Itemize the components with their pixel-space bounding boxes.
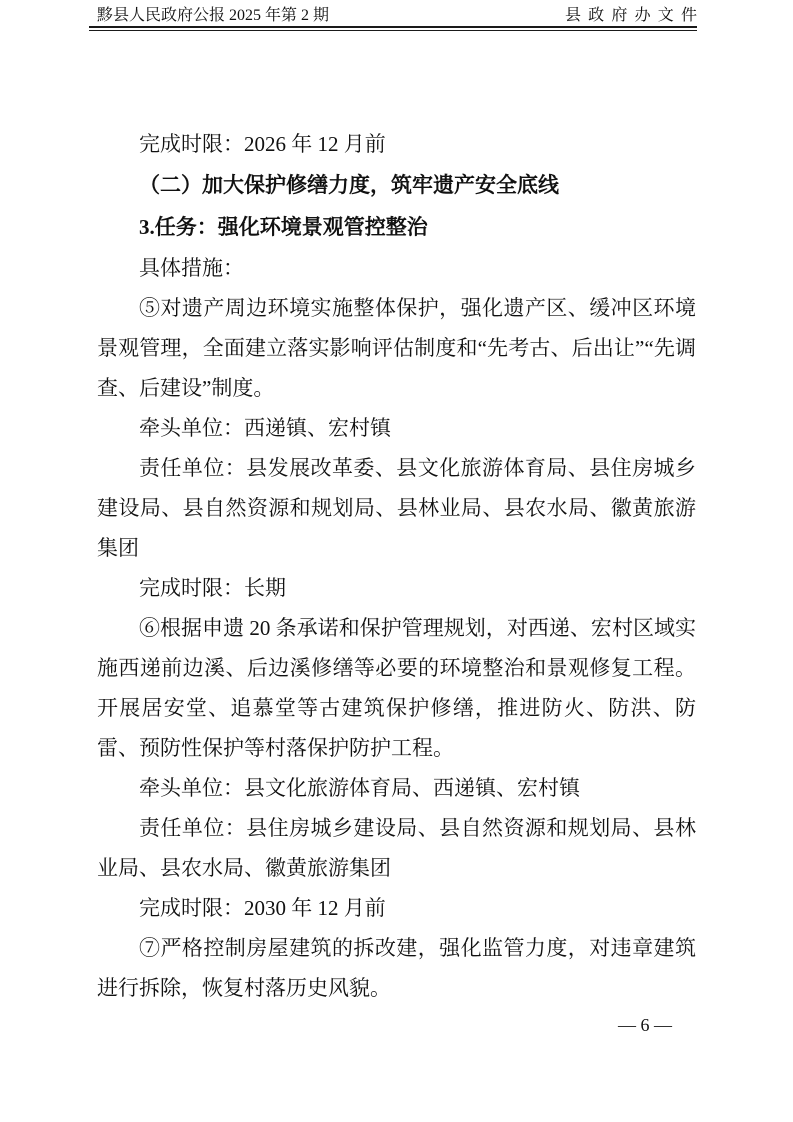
- page-footer: — 6 —: [97, 1010, 696, 1040]
- measure-6-paragraph: ⑥根据申遗 20 条承诺和保护管理规划，对西递、宏村区域实施西递前边溪、后边溪修…: [97, 608, 696, 768]
- responsible-unit-measure-5: 责任单位：县发展改革委、县文化旅游体育局、县住房城乡建设局、县自然资源和规划局、…: [97, 448, 696, 568]
- measures-label: 具体措施：: [97, 248, 696, 288]
- measure-5-paragraph: ⑤对遗产周边环境实施整体保护，强化遗产区、缓冲区环境景观管理，全面建立落实影响评…: [97, 288, 696, 408]
- measure-7-paragraph: ⑦严格控制房屋建筑的拆改建，强化监管力度，对违章建筑进行拆除，恢复村落历史风貌。: [97, 928, 696, 1008]
- responsible-unit-measure-6: 责任单位：县住房城乡建设局、县自然资源和规划局、县林业局、县农水局、徽黄旅游集团: [97, 808, 696, 888]
- task-3-heading: 3.任务：强化环境景观管控整治: [97, 206, 696, 248]
- header-section-label: 县政府办文件: [565, 6, 704, 26]
- header-gazette-title: 黟县人民政府公报 2025 年第 2 期: [89, 6, 329, 26]
- lead-unit-measure-6: 牵头单位：县文化旅游体育局、西递镇、宏村镇: [97, 768, 696, 808]
- document-page: 黟县人民政府公报 2025 年第 2 期 县政府办文件 完成时限：2026 年 …: [0, 0, 793, 1122]
- paragraph-deadline-task2: 完成时限：2026 年 12 月前: [97, 124, 696, 164]
- lead-unit-measure-5: 牵头单位：西递镇、宏村镇: [97, 408, 696, 448]
- document-body: 完成时限：2026 年 12 月前 （二）加大保护修缮力度，筑牢遗产安全底线 3…: [97, 124, 696, 1008]
- page-number: — 6 —: [618, 1015, 696, 1035]
- section-heading-2: （二）加大保护修缮力度，筑牢遗产安全底线: [97, 164, 696, 206]
- deadline-measure-6: 完成时限：2030 年 12 月前: [97, 888, 696, 928]
- header-double-rule: [89, 26, 697, 31]
- page-header: 黟县人民政府公报 2025 年第 2 期 县政府办文件: [89, 6, 697, 26]
- deadline-measure-5: 完成时限：长期: [97, 568, 696, 608]
